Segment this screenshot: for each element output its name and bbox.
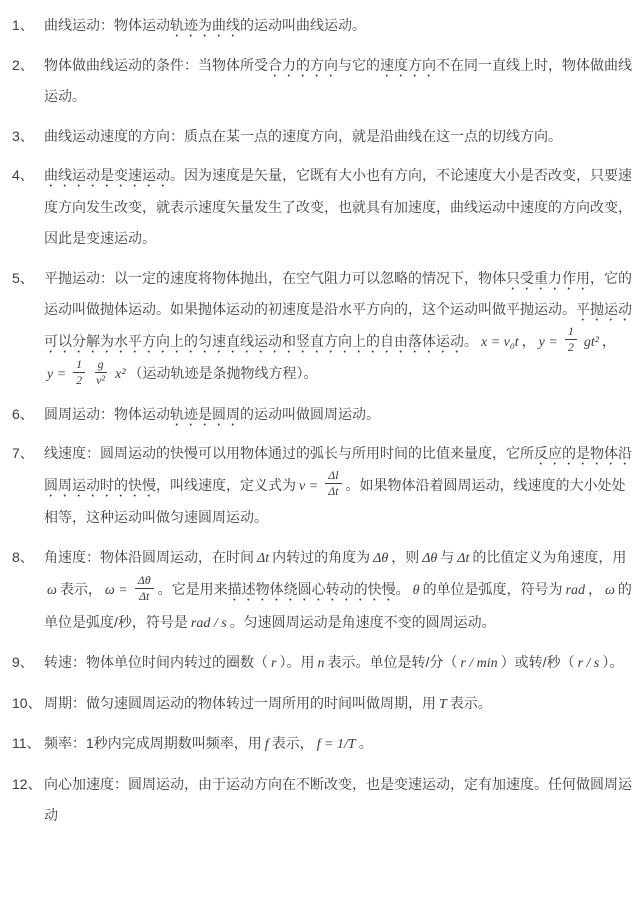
text-run: 表示， xyxy=(272,735,314,751)
list-item: 3、曲线运动速度的方向：质点在某一点的速度方向，就是沿曲线在这一点的切线方向。 xyxy=(12,121,632,153)
text-run: 。 xyxy=(359,735,373,751)
item-content: 平抛运动：以一定的速度将物体抛出，在空气阻力可以忽略的情况下，物体只受重力作用，… xyxy=(44,263,632,391)
list-item: 8、角速度：物体沿圆周运动，在时间Δt内转过的角度为Δθ，则Δθ与Δt的比值定义… xyxy=(12,542,632,640)
emphasized-text: 轨迹为曲线 xyxy=(170,17,240,33)
list-item: 7、线速度：圆周运动的快慢可以用物体通过的弧长与所用时间的比值来量度，它所反应的… xyxy=(12,438,632,534)
math-fraction: ΔlΔt xyxy=(325,468,341,499)
text-run: 平抛运动：以一定的速度将物体抛出，在空气阻力可以忽略的情况下，物体 xyxy=(44,270,506,286)
fraction-denominator: 2 xyxy=(73,373,85,388)
text-run: 圆周运动：物体运动 xyxy=(44,406,170,422)
math-text: ω xyxy=(602,583,618,598)
text-run: 与 xyxy=(440,549,454,565)
math-text: rad / s xyxy=(188,616,230,631)
fraction-denominator: v² xyxy=(93,373,108,388)
math-text: r xyxy=(268,656,279,671)
text-run: ， xyxy=(602,333,616,349)
fraction-numerator: g xyxy=(95,357,107,373)
list-item: 12、向心加速度：圆周运动，由于运动方向在不断改变，也是变速运动，定有加速度。任… xyxy=(12,769,632,832)
item-number: 10、 xyxy=(12,688,44,720)
emphasized-text: 曲线运动是变速运动。 xyxy=(44,167,184,183)
item-content: 频率：1秒内完成周期数叫频率，用f表示，f = 1/T。 xyxy=(44,728,632,761)
math-text: r / s xyxy=(575,656,603,671)
list-item: 11、频率：1秒内完成周期数叫频率，用f表示，f = 1/T。 xyxy=(12,728,632,761)
math-text: x² xyxy=(112,367,128,382)
math-text: Δθ xyxy=(370,551,391,566)
math-fraction: 12 xyxy=(73,357,85,388)
item-number: 9、 xyxy=(12,647,44,679)
math-text: r / min xyxy=(457,656,500,671)
text-run: 与它的 xyxy=(338,57,380,73)
text-run: 。匀速圆周运动是角速度不变的圆周运动。 xyxy=(230,614,496,630)
math-text: Δt xyxy=(254,551,272,566)
math-text: f = 1/T xyxy=(314,737,359,752)
item-content: 曲线运动速度的方向：质点在某一点的速度方向，就是沿曲线在这一点的切线方向。 xyxy=(44,121,632,153)
item-number: 11、 xyxy=(12,728,44,760)
item-content: 转速：物体单位时间内转过的圈数（r）。用n表示。单位是转/分（r / min）或… xyxy=(44,647,632,680)
text-run: 角速度：物体沿圆周运动，在时间 xyxy=(44,549,254,565)
math-text: Δθ xyxy=(419,551,440,566)
text-run: ，叫线速度，定义式为 xyxy=(156,477,296,493)
text-run: 。它是用来 xyxy=(158,581,228,597)
item-number: 8、 xyxy=(12,542,44,574)
list-item: 4、曲线运动是变速运动。因为速度是矢量，它既有大小也有方向，不论速度大小是否改变… xyxy=(12,160,632,255)
item-number: 4、 xyxy=(12,160,44,192)
list-item: 1、曲线运动：物体运动轨迹为曲线的运动叫曲线运动。 xyxy=(12,10,632,42)
item-content: 物体做曲线运动的条件：当物体所受合力的方向与它的速度方向不在同一直线上时，物体做… xyxy=(44,50,632,113)
text-run: 频率：1秒内完成周期数叫频率，用 xyxy=(44,735,262,751)
fraction-numerator: Δθ xyxy=(135,573,154,589)
math-fraction: ΔθΔt xyxy=(135,573,154,604)
text-run: 。 xyxy=(396,581,410,597)
text-run: 向心加速度：圆周运动，由于运动方向在不断改变，也是变速运动，定有加速度。任何做圆… xyxy=(44,776,632,824)
math-text: θ xyxy=(410,583,423,598)
math-fraction: 12 xyxy=(565,324,577,355)
math-text: n xyxy=(314,656,327,671)
notes-list: 1、曲线运动：物体运动轨迹为曲线的运动叫曲线运动。2、物体做曲线运动的条件：当物… xyxy=(12,10,632,832)
document-page: 1、曲线运动：物体运动轨迹为曲线的运动叫曲线运动。2、物体做曲线运动的条件：当物… xyxy=(0,0,640,917)
fraction-numerator: 1 xyxy=(73,357,85,373)
emphasized-text: 轨迹是圆周 xyxy=(170,406,240,422)
item-number: 5、 xyxy=(12,263,44,295)
fraction-numerator: Δl xyxy=(325,468,341,484)
item-number: 3、 xyxy=(12,121,44,153)
fraction-denominator: Δt xyxy=(325,484,341,499)
math-text: ω = xyxy=(102,583,131,598)
emphasized-text: 速度方向 xyxy=(380,57,436,73)
text-run: 。 xyxy=(464,333,478,349)
math-text: x = v₀t xyxy=(478,335,522,350)
item-content: 角速度：物体沿圆周运动，在时间Δt内转过的角度为Δθ，则Δθ与Δt的比值定义为角… xyxy=(44,542,632,640)
item-number: 12、 xyxy=(12,769,44,801)
text-run: ）或转/秒（ xyxy=(501,654,575,670)
item-number: 7、 xyxy=(12,438,44,470)
text-run: 的比值定义为角速度，用 xyxy=(472,549,626,565)
item-number: 6、 xyxy=(12,399,44,431)
item-content: 圆周运动：物体运动轨迹是圆周的运动叫做圆周运动。 xyxy=(44,399,632,431)
text-run: （运动轨迹是条抛物线方程）。 xyxy=(129,365,318,381)
text-run: 表示。 xyxy=(450,695,492,711)
text-run: 内转过的角度为 xyxy=(272,549,370,565)
text-run: ）。 xyxy=(602,654,623,670)
math-text: f xyxy=(262,737,272,752)
text-run: 转速：物体单位时间内转过的圈数（ xyxy=(44,654,268,670)
text-run: ， xyxy=(588,581,602,597)
item-content: 曲线运动：物体运动轨迹为曲线的运动叫曲线运动。 xyxy=(44,10,632,42)
item-content: 曲线运动是变速运动。因为速度是矢量，它既有大小也有方向，不论速度大小是否改变，只… xyxy=(44,160,632,255)
text-run: 表示。单位是转/分（ xyxy=(327,654,457,670)
text-run: 曲线运动速度的方向：质点在某一点的速度方向，就是沿曲线在这一点的切线方向。 xyxy=(44,128,562,144)
text-run: 曲线运动：物体运动 xyxy=(44,17,170,33)
fraction-numerator: 1 xyxy=(565,324,577,340)
list-item: 5、平抛运动：以一定的速度将物体抛出，在空气阻力可以忽略的情况下，物体只受重力作… xyxy=(12,263,632,391)
text-run: 线速度：圆周运动的快慢可以用物体通过的弧长与所用时间的比值来量度，它所 xyxy=(44,445,534,461)
math-text: gt² xyxy=(581,335,602,350)
text-run: ， xyxy=(522,333,536,349)
emphasized-text: 只受重力作用 xyxy=(506,270,590,286)
math-text: y = xyxy=(44,367,69,382)
item-number: 2、 xyxy=(12,50,44,82)
text-run: 物体做曲线运动的条件：当物体所受 xyxy=(44,57,268,73)
math-text: Δt xyxy=(454,551,472,566)
emphasized-text: 合力的方向 xyxy=(268,57,338,73)
math-text: T xyxy=(436,697,450,712)
text-run: 表示， xyxy=(60,581,102,597)
item-content: 线速度：圆周运动的快慢可以用物体通过的弧长与所用时间的比值来量度，它所反应的是物… xyxy=(44,438,632,534)
emphasized-text: 描述物体绕圆心转动的快慢 xyxy=(228,581,396,597)
list-item: 6、圆周运动：物体运动轨迹是圆周的运动叫做圆周运动。 xyxy=(12,399,632,431)
list-item: 2、物体做曲线运动的条件：当物体所受合力的方向与它的速度方向不在同一直线上时，物… xyxy=(12,50,632,113)
item-content: 向心加速度：圆周运动，由于运动方向在不断改变，也是变速运动，定有加速度。任何做圆… xyxy=(44,769,632,832)
text-run: 的运动叫曲线运动。 xyxy=(240,17,366,33)
math-text: v = xyxy=(296,479,321,494)
item-number: 1、 xyxy=(12,10,44,42)
math-text: rad xyxy=(563,583,588,598)
text-run: ，则 xyxy=(391,549,419,565)
item-content: 周期：做匀速圆周运动的物体转过一周所用的时间叫做周期，用T表示。 xyxy=(44,688,632,721)
fraction-denominator: Δt xyxy=(136,589,152,604)
list-item: 10、周期：做匀速圆周运动的物体转过一周所用的时间叫做周期，用T表示。 xyxy=(12,688,632,721)
fraction-denominator: 2 xyxy=(565,340,577,355)
text-run: 的运动叫做圆周运动。 xyxy=(240,406,380,422)
text-run: 周期：做匀速圆周运动的物体转过一周所用的时间叫做周期，用 xyxy=(44,695,436,711)
math-text: y = xyxy=(536,335,561,350)
math-text: ω xyxy=(44,583,60,598)
list-item: 9、转速：物体单位时间内转过的圈数（r）。用n表示。单位是转/分（r / min… xyxy=(12,647,632,680)
text-run: ）。用 xyxy=(279,654,314,670)
math-fraction: gv² xyxy=(93,357,108,388)
text-run: 的单位是弧度，符号为 xyxy=(423,581,563,597)
